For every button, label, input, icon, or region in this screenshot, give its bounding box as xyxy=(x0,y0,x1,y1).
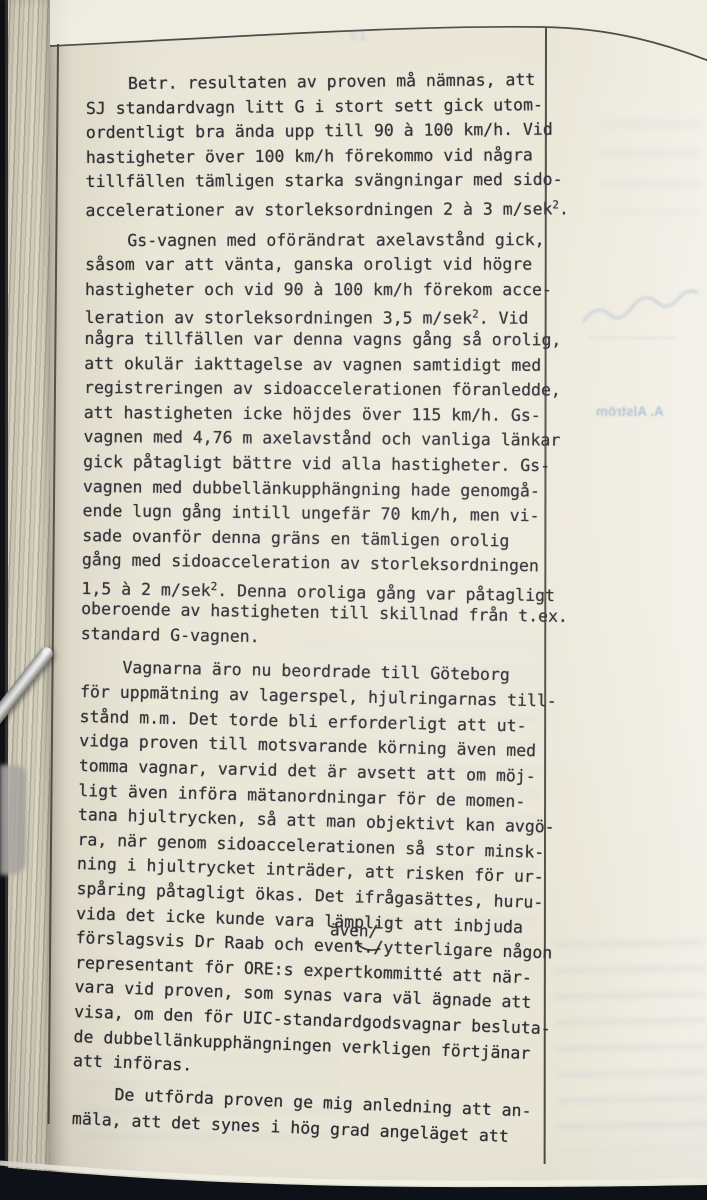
superscript-2: 2 xyxy=(211,580,218,593)
text-line: hastigheter och vid 90 à 100 km/h föreko… xyxy=(85,278,572,303)
bleedthrough-handwriting xyxy=(575,280,705,350)
superscript-2: 2 xyxy=(472,308,479,321)
text-line: leration av storleksordningen 3,5 m/sek2… xyxy=(85,302,572,327)
text-line: SJ standardvagn litt G i stort sett gick… xyxy=(86,93,573,122)
text-line: hastigheter över 100 km/h förekommo vid … xyxy=(86,143,573,170)
typewritten-text: Betr. resultaten av proven må nämnas, at… xyxy=(86,72,573,1141)
text-line: att hastigheten icke höjdes över 115 km/… xyxy=(84,401,571,429)
archival-photo: A. Alström 19 Betr. resultaten av proven… xyxy=(0,0,707,1200)
page-bottom-edge xyxy=(0,1130,707,1200)
text-line: att okulär iakttagelse av vagnen samtidi… xyxy=(84,352,571,379)
paragraph: Gs-vagnen med oförändrat axelavstånd gic… xyxy=(86,229,573,647)
book-page-stack xyxy=(0,0,53,1200)
page-marker-edge xyxy=(0,765,26,875)
text-line: gick påtagligt bättre vid alla hastighet… xyxy=(83,450,570,479)
superscript-2: 2 xyxy=(552,198,559,211)
text-line: några tillfällen var denna vagns gång så… xyxy=(85,327,572,353)
text-line: såsom var att vänta, ganska oroligt vid … xyxy=(85,253,572,278)
text-line: Gs-vagnen med oförändrat axelavstånd gic… xyxy=(127,227,614,253)
text-line: accelerationer av storleksordningen 2 à … xyxy=(85,193,572,219)
text-line: registreringen av sidoaccelerationen för… xyxy=(84,376,571,403)
paragraph: De utförda proven ge mig anledning att a… xyxy=(86,1083,573,1132)
text-line: vagnen med 4,76 m axelavstånd och vanlig… xyxy=(83,425,570,453)
paragraph: Vagnarna äro nu beordrade till Göteborgf… xyxy=(86,656,573,1074)
text-line: tillfällen tämligen starka svängningar m… xyxy=(86,168,573,195)
paragraph: Betr. resultaten av proven må nämnas, at… xyxy=(86,72,573,220)
page-top-edge xyxy=(0,0,707,70)
insertion-mark xyxy=(353,938,384,955)
text-line: ordentligt bra ända upp till 90 à 100 km… xyxy=(86,118,573,146)
